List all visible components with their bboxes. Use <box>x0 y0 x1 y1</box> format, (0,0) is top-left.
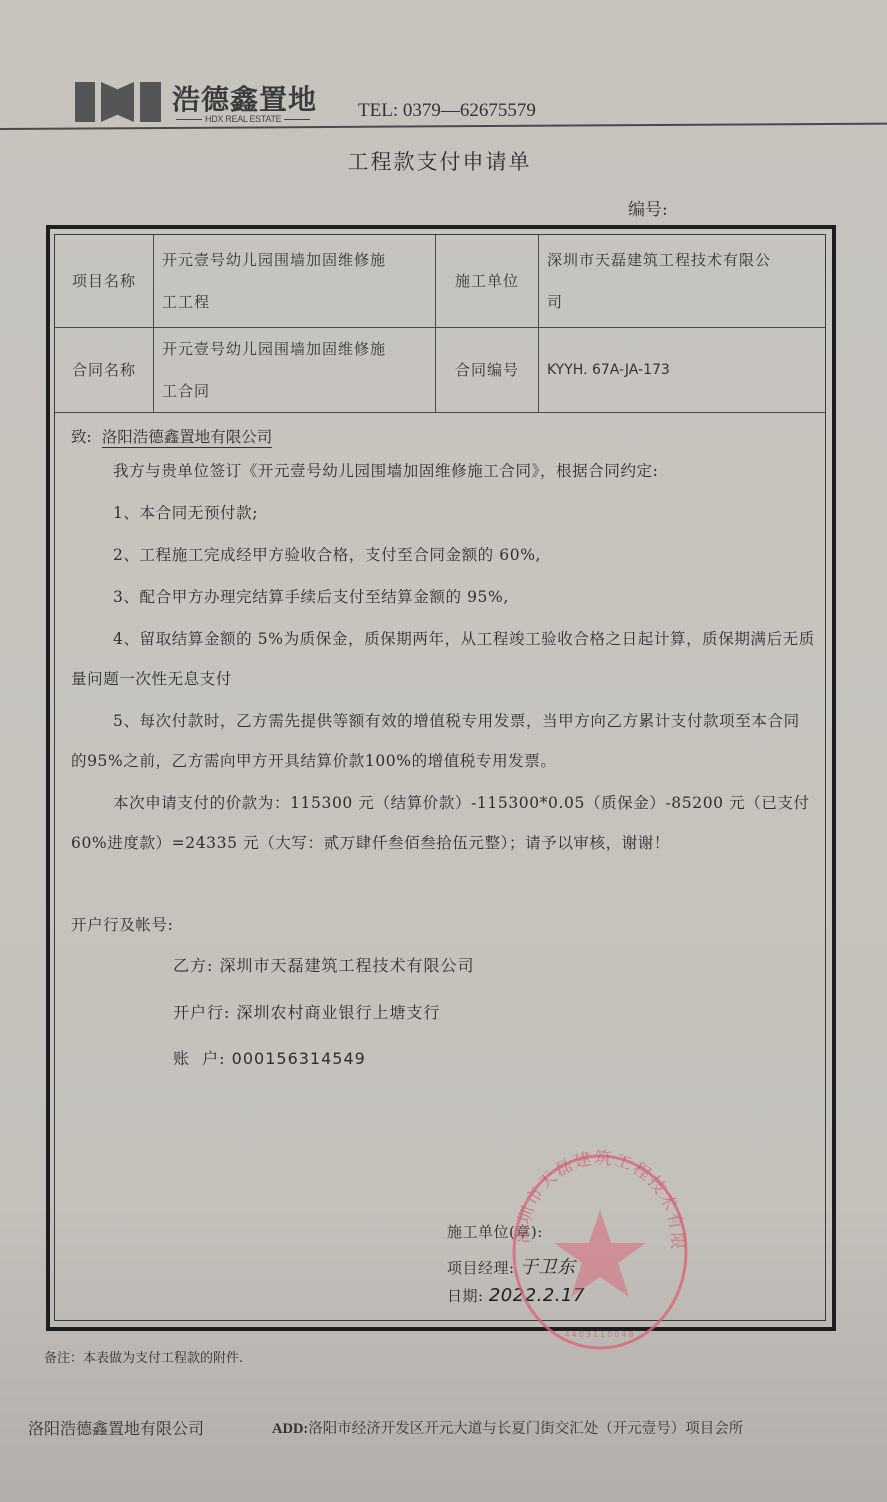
project-name-line1: 开元壹号幼儿园围墙加固维修施 <box>162 239 427 281</box>
footer-address-text: 洛阳市经济开发区开元大道与长夏门街交汇处（开元壹号）项目会所 <box>308 1421 743 1437</box>
seal-number: 4403110048 <box>565 1330 636 1339</box>
contract-name-line1: 开元壹号幼儿园围墙加固维修施 <box>162 328 427 370</box>
recipient: 致:洛阳浩德鑫置地有限公司 <box>71 425 272 447</box>
bank-party: 乙方: 深圳市天磊建筑工程技术有限公司 <box>173 953 475 976</box>
project-name-value: 开元壹号幼儿园围墙加固维修施 工工程 <box>154 235 436 327</box>
remark-note: 备注：本表做为支付工程款的附件. <box>44 1347 243 1366</box>
telephone: TEL: 0379—62675579 <box>358 100 536 122</box>
footer-company: 洛阳浩德鑫置地有限公司 <box>28 1416 204 1439</box>
recipient-company: 洛阳浩德鑫置地有限公司 <box>102 428 273 448</box>
footer-address-prefix: ADD: <box>272 1421 308 1437</box>
bank-name-value: 深圳农村商业银行上塘支行 <box>237 1003 441 1022</box>
bank-account-label: 账 户: <box>173 1049 226 1068</box>
contractor-line1: 深圳市天磊建筑工程技术有限公 <box>547 239 817 281</box>
company-seal-icon: 深圳市天磊建筑工程技术有限公司 4403110048 <box>500 1140 700 1355</box>
bank-title: 开户行及帐号: <box>71 905 815 945</box>
sign-date-label: 日期: <box>447 1287 484 1305</box>
recipient-label: 致: <box>71 428 92 446</box>
term-1: 1、本合同无预付款; <box>71 493 815 533</box>
term-3: 3、配合甲方办理完结算手续后支付至结算金额的 95%, <box>71 577 815 617</box>
document-title-text: 工程款支付申请单 <box>348 150 532 174</box>
contract-number-value: KYYH. 67A-JA-173 <box>539 327 826 412</box>
contractor-label: 施工单位 <box>436 235 539 327</box>
footer-address: ADD:洛阳市经济开发区开元大道与长夏门街交汇处（开元壹号）项目会所 <box>272 1417 743 1438</box>
contract-number-label: 合同编号 <box>436 327 539 412</box>
company-name-cn: 浩德鑫置地 <box>172 78 317 118</box>
term-5: 5、每次付款时，乙方需先提供等额有效的增值税专用发票，当甲方向乙方累计支付款项至… <box>71 701 815 781</box>
company-name-en: HDX REAL ESTATE <box>176 114 310 124</box>
contractor-line2: 司 <box>547 281 817 323</box>
contractor-value: 深圳市天磊建筑工程技术有限公 司 <box>539 235 826 327</box>
document-title: 工程款支付申请单 <box>0 146 887 176</box>
project-name-label: 项目名称 <box>55 235 154 327</box>
bank-name: 开户行: 深圳农村商业银行上塘支行 <box>173 1000 441 1023</box>
term-4: 4、留取结算金额的 5%为质保金，质保期两年，从工程竣工验收合格之日起计算，质保… <box>71 619 815 699</box>
bank-account: 账 户: 000156314549 <box>173 1046 366 1069</box>
payment-request: 本次申请支付的价款为：115300 元（结算价款）-115300*0.05（质保… <box>71 783 815 863</box>
intro-paragraph: 我方与贵单位签订《开元壹号幼儿园围墙加固维修施工合同》，根据合同约定: <box>71 451 815 491</box>
bank-name-label: 开户行: <box>173 1003 230 1022</box>
bank-account-value: 000156314549 <box>232 1049 366 1068</box>
header-divider <box>0 123 887 130</box>
bank-party-label: 乙方: <box>173 956 213 975</box>
contract-name-label: 合同名称 <box>55 327 154 412</box>
info-table: 项目名称 开元壹号幼儿园围墙加固维修施 工工程 施工单位 深圳市天磊建筑工程技术… <box>55 235 825 413</box>
bank-party-value: 深圳市天磊建筑工程技术有限公司 <box>220 956 475 975</box>
form-frame: 项目名称 开元壹号幼儿园围墙加固维修施 工工程 施工单位 深圳市天磊建筑工程技术… <box>46 225 836 1331</box>
contract-name-value: 开元壹号幼儿园围墙加固维修施 工合同 <box>154 327 436 412</box>
company-name-en-text: HDX REAL ESTATE <box>205 114 281 124</box>
project-name-line2: 工工程 <box>162 281 427 323</box>
table-row-project: 项目名称 开元壹号幼儿园围墙加固维修施 工工程 施工单位 深圳市天磊建筑工程技术… <box>55 235 825 327</box>
contract-name-line2: 工合同 <box>162 370 427 412</box>
company-logo-icon <box>75 82 161 122</box>
term-2: 2、工程施工完成经甲方验收合格，支付至合同金额的 60%, <box>71 535 815 575</box>
serial-number-label: 编号: <box>628 195 668 220</box>
table-row-contract: 合同名称 开元壹号幼儿园围墙加固维修施 工合同 合同编号 KYYH. 67A-J… <box>55 327 825 412</box>
form-inner-border: 项目名称 开元壹号幼儿园围墙加固维修施 工工程 施工单位 深圳市天磊建筑工程技术… <box>54 234 826 1321</box>
